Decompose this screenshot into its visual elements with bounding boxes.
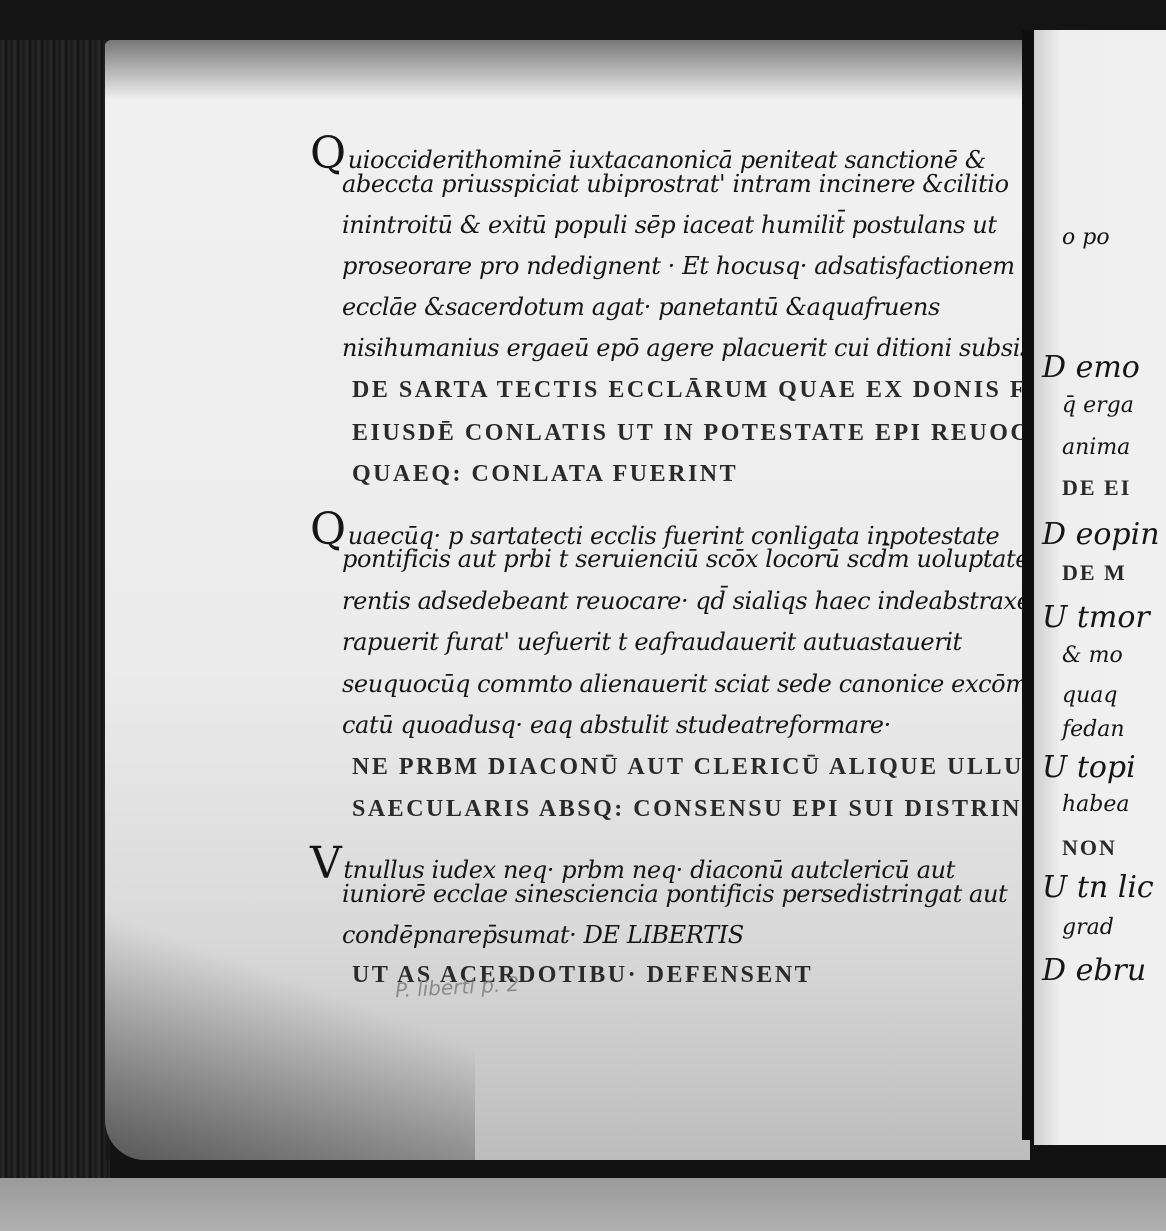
- right-text-line: & mo: [1062, 643, 1123, 668]
- right-text-line: U tmor: [1042, 600, 1150, 635]
- decorated-initial: Q: [310, 504, 346, 555]
- right-text-line: D emo: [1042, 350, 1140, 385]
- right-rubric-line: DE M: [1062, 560, 1127, 586]
- line-text: QUAEQ: CONLATA FUERINT: [352, 461, 738, 487]
- line-text: iuniorē ecclae sinesciencia pontificis p…: [342, 880, 1007, 908]
- decorated-initial: V: [310, 838, 341, 889]
- line-text: proseorare pro ndedignent · Et hocusq· a…: [342, 252, 1015, 280]
- line-text: SAECULARIS ABSQ: CONSENSU EPI SUI DISTRI…: [352, 796, 1080, 822]
- line-text: rentis adsedebeant reuocare· qd̄ sialiqs…: [342, 587, 1058, 615]
- right-text-line: U tn lic: [1042, 870, 1154, 905]
- right-rubric-line: NON: [1062, 835, 1117, 861]
- line-text: NE PRBM DIACONŪ AUT CLERICŪ ALIQUE ULLUS…: [352, 754, 1118, 780]
- right-text-line: q̄ erga: [1062, 393, 1134, 418]
- right-text-line: fedan: [1062, 717, 1125, 742]
- line-text: abeccta priusspiciat ubiprostrat' intram…: [342, 170, 1009, 198]
- dark-top-background: [0, 0, 1166, 45]
- right-text-line: quaq: [1062, 683, 1117, 708]
- right-text-line: grad: [1062, 915, 1114, 940]
- line-text: rapuerit furat' uefuerit t eafraudauerit…: [342, 628, 962, 656]
- line-text: inintroitū & exitū populi sēp iaceat hum…: [342, 211, 997, 239]
- right-text-line: U topi: [1042, 750, 1136, 785]
- right-text-line: o po: [1062, 225, 1110, 250]
- scan-bottom-band: [0, 1178, 1166, 1231]
- book-fore-edge: [0, 40, 110, 1180]
- right-text-line: D eopin: [1042, 517, 1160, 552]
- right-rubric-line: DE EI: [1062, 475, 1131, 501]
- line-text: EIUSDĒ CONLATIS UT IN POTESTATE EPI REUO…: [352, 420, 1127, 446]
- line-text: ecclāe &sacerdotum agat· panetantū &aqua…: [342, 293, 940, 321]
- decorated-initial: Q: [310, 128, 346, 179]
- page-gutter: [1022, 30, 1034, 1140]
- line-text: catū quoadusq· eaq abstulit studeatrefor…: [342, 711, 891, 739]
- right-text-line: habea: [1062, 792, 1130, 817]
- line-text: condēpnarep̄sumat· DE LIBERTIS: [342, 921, 744, 949]
- right-text-line: anima: [1062, 435, 1130, 460]
- line-text: seuquocūq commto alienauerit sciat sede …: [342, 670, 1065, 698]
- line-text: nisihumanius ergaeū epō agere placuerit …: [342, 334, 1041, 362]
- line-text: pontificis aut prbi t seruienciū scōx lo…: [342, 545, 1084, 573]
- line-text: DE SARTA TECTIS ECCLĀRUM QUAE EX DONIS F…: [352, 377, 1097, 403]
- right-text-line: D ebru: [1042, 953, 1146, 988]
